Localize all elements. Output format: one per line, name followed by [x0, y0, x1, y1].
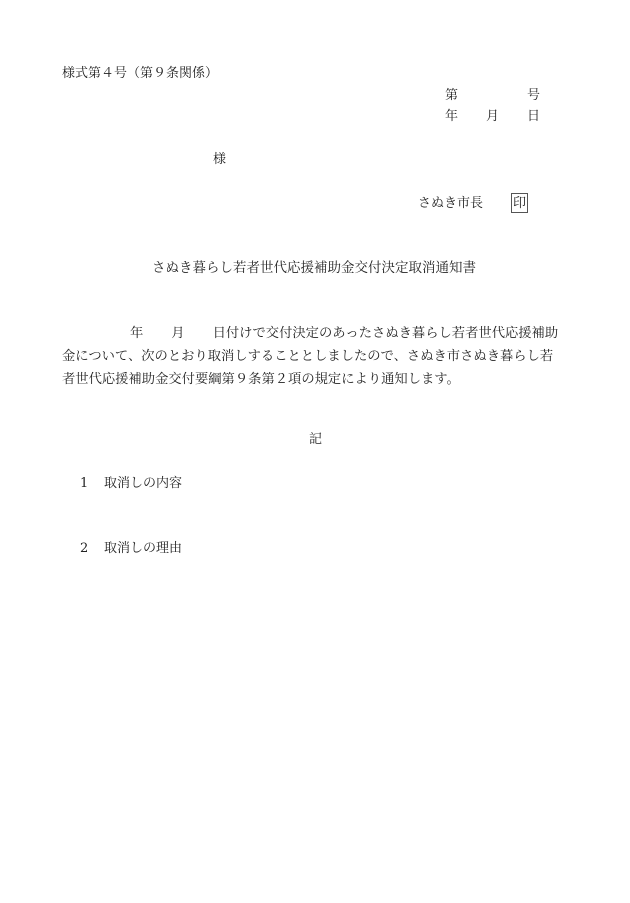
date-month-label: 月	[486, 110, 499, 123]
body-paragraph: 年月日付けで交付決定のあったさぬき暮らし若者世代応援補助 金について、次のとおり…	[62, 322, 582, 391]
doc-number-prefix: 第	[445, 89, 458, 102]
issuer-name: さぬき市長	[418, 197, 483, 210]
item-label: 取消しの内容	[104, 476, 182, 491]
body-line-3: 者世代応援補助金交付要綱第９条第２項の規定により通知します。	[62, 368, 582, 391]
seal-stamp-icon: 印	[511, 193, 528, 213]
list-item: 2取消しの理由	[80, 542, 182, 555]
item-number: 1	[80, 477, 104, 490]
body-year-label: 年	[130, 326, 143, 341]
date-day-label: 日	[527, 110, 540, 123]
body-line-2: 金について、次のとおり取消しすることとしましたので、さぬき市さぬき暮らし若	[62, 345, 582, 368]
date-year-label: 年	[445, 110, 458, 123]
item-number: 2	[80, 542, 104, 555]
body-line-1-text: 日付けで交付決定のあったさぬき暮らし若者世代応援補助	[213, 326, 559, 341]
list-item: 1取消しの内容	[80, 477, 182, 490]
form-number: 様式第４号（第９条関係）	[62, 67, 218, 80]
document-title: さぬき暮らし若者世代応援補助金交付決定取消通知書	[152, 262, 476, 276]
doc-number-suffix: 号	[527, 89, 540, 102]
body-month-label: 月	[171, 326, 184, 341]
addressee-suffix: 様	[213, 153, 226, 166]
ki-heading: 記	[309, 433, 322, 446]
body-line-1: 年月日付けで交付決定のあったさぬき暮らし若者世代応援補助	[62, 322, 582, 345]
item-label: 取消しの理由	[104, 541, 182, 556]
